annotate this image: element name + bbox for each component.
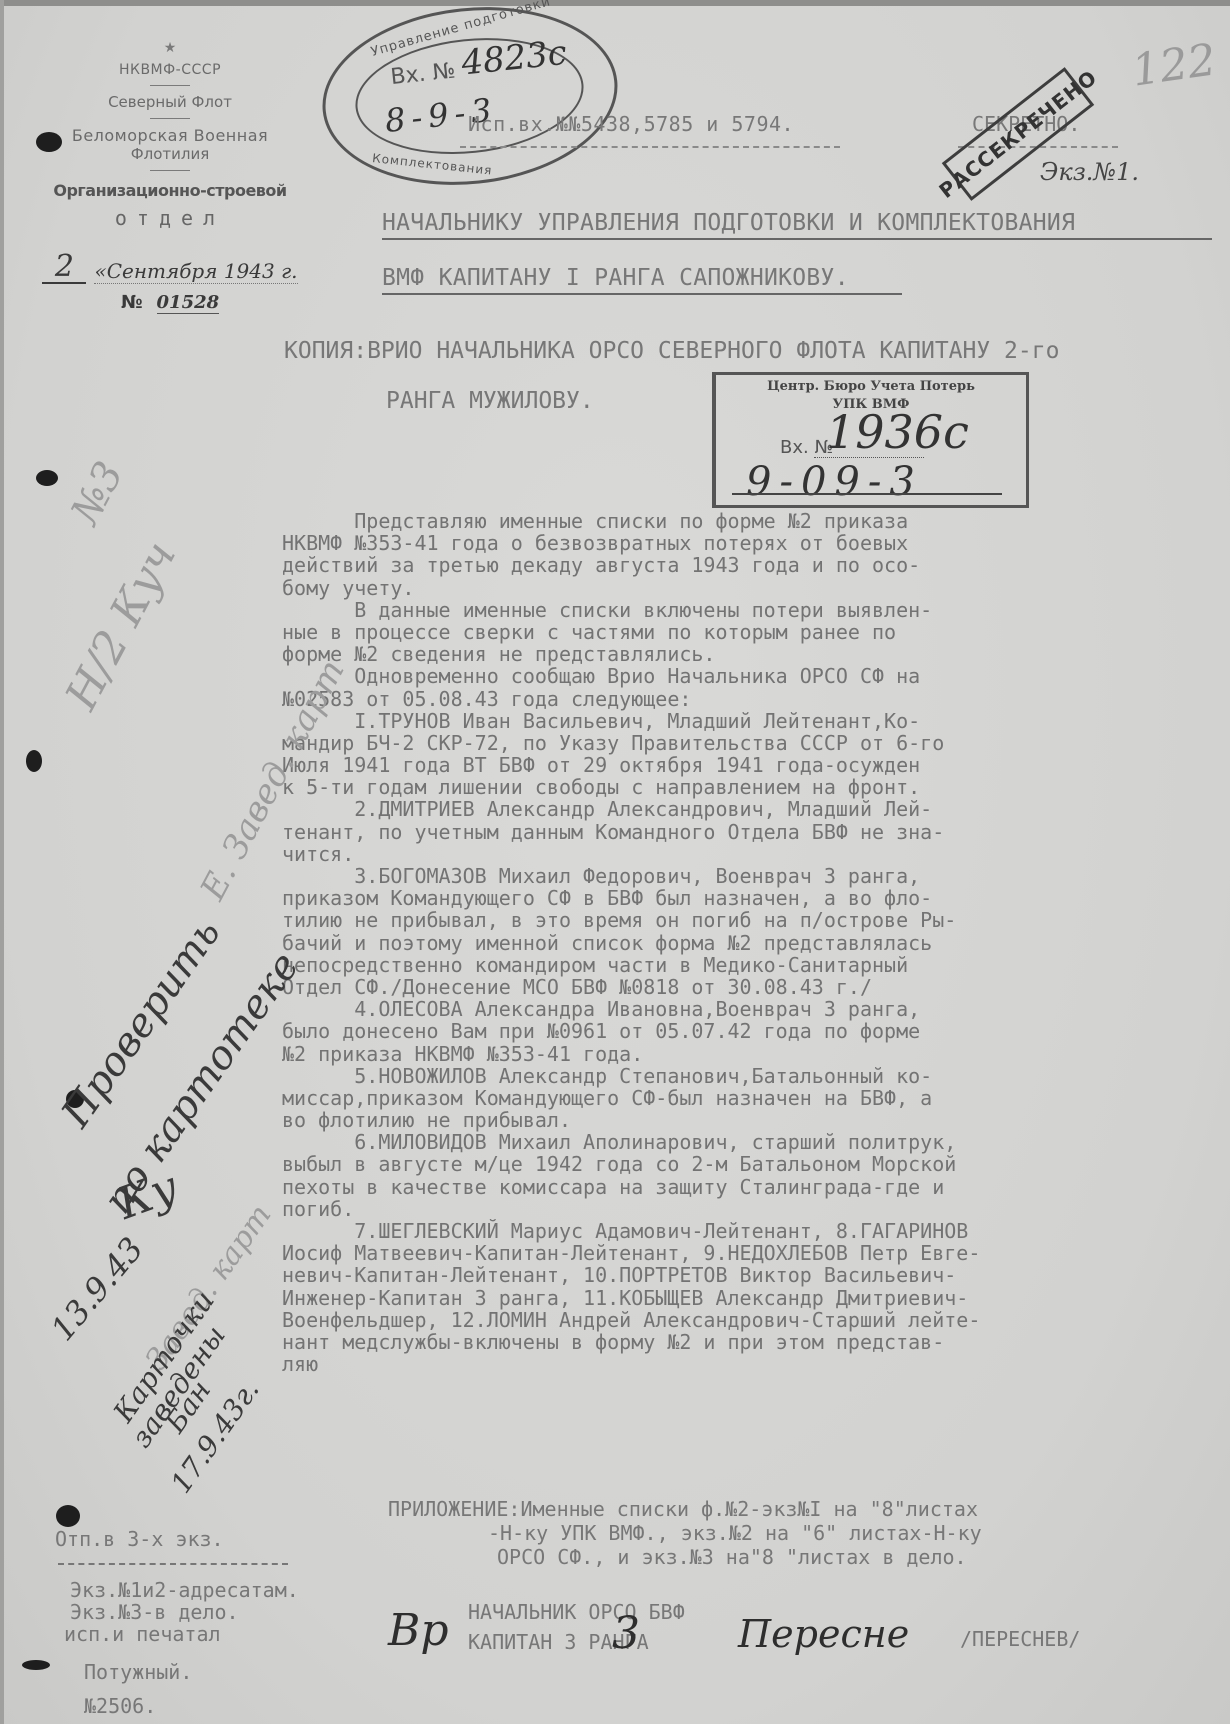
body-line: миссар,приказом Командующего СФ-был назн… [282, 1087, 1182, 1109]
body-line: 4.ОЛЕСОВА Александра Ивановна,Военврач 3… [282, 998, 1182, 1020]
addressee-line2: ВМФ КАПИТАНУ I РАНГА САПОЖНИКОВУ. [382, 265, 902, 295]
body-line: Отдел СФ./Донесение МСО БВФ №0818 от 30.… [282, 976, 1182, 998]
body-line: 3.БОГОМАЗОВ Михаил Федорович, Военврач 3… [282, 865, 1182, 887]
letterhead-dept1: Организационно-строевой [40, 181, 300, 200]
body-line: мандир БЧ-2 СКР-72, по Указу Правительст… [282, 732, 1182, 754]
footer-typist: Потужный. [84, 1660, 192, 1684]
punch-hole [22, 1660, 50, 1670]
attachment-line2: -Н-ку УПК ВМФ., экз.№2 на "6" листах-Н-к… [488, 1521, 982, 1545]
handwritten-prefix: Вр [388, 1605, 449, 1656]
body-line: Военфельдшер, 12.ЛОМИН Андрей Александро… [282, 1309, 1182, 1331]
body-line: Представляю именные списки по форме №2 п… [282, 510, 1182, 532]
letterhead-org2: Северный Флот [40, 93, 300, 111]
divider [150, 85, 190, 86]
attachment-line3: ОРСО СФ., и экз.№3 на"8 "листах в дело. [497, 1545, 967, 1569]
date-day: 2 [42, 252, 86, 284]
divider [150, 170, 190, 171]
letterhead-number: № 01528 [40, 292, 300, 314]
letterhead-org4: Флотилия [40, 145, 300, 163]
star-icon: ★ [40, 40, 300, 58]
body-line: тенант, по учетным данным Командного Отд… [282, 821, 1182, 843]
body-line: невич-Капитан-Лейтенант, 10.ПОРТРЕТОВ Ви… [282, 1264, 1182, 1286]
body-line: действий за третью декаду августа 1943 г… [282, 554, 1182, 576]
body-line: бачий и поэтому именной список форма №2 … [282, 932, 1182, 954]
body-line: I.ТРУНОВ Иван Васильевич, Младший Лейтен… [282, 710, 1182, 732]
addressee-line1: НАЧАЛЬНИКУ УПРАВЛЕНИЯ ПОДГОТОВКИ И КОМПЛ… [382, 210, 1212, 240]
stamp-title1: Центр. Бюро Учета Потерь [716, 379, 1026, 394]
stamp-date: 9-09-3 [746, 459, 923, 505]
punch-hole [26, 750, 42, 772]
reference-line: Исп.вх.№№5438,5785 и 5794. [468, 112, 794, 136]
footer-dist1: Экз.№1и2-адресатам. [70, 1578, 299, 1602]
signer-title1: НАЧАЛЬНИК ОРСО БВФ [468, 1600, 685, 1624]
body-line: приказом Командующего СФ в БВФ был назна… [282, 887, 1182, 909]
letterhead-dept2: отдел [40, 206, 300, 230]
sheet-number: 122 [1129, 34, 1219, 96]
stamp-arc-bottom: Комплектования [372, 151, 493, 178]
body-line: В данные именные списки включены потери … [282, 599, 1182, 621]
body-line: Иосиф Матвеевич-Капитан-Лейтенант, 9.НЕД… [282, 1242, 1182, 1264]
divider [150, 118, 190, 119]
body-line: ляю [282, 1353, 1182, 1375]
attachment-line1: ПРИЛОЖЕНИЕ:Именные списки ф.№2-экз№I на … [388, 1497, 978, 1521]
number-value: 01528 [157, 292, 220, 314]
document-page: ★ НКВМФ-СССР Северный Флот Беломорская В… [0, 0, 1230, 1724]
margin-note-pencil-mid: Н/2 Куч [56, 533, 187, 718]
body-line: к 5-ти годам лишении свободы с направлен… [282, 776, 1182, 798]
body-line: 2.ДМИТРИЕВ Александр Александрович, Млад… [282, 798, 1182, 820]
body-line: пехоты в качестве комиссара на защиту Ст… [282, 1176, 1182, 1198]
dashed-rule [460, 146, 840, 148]
letter-body: Представляю именные списки по форме №2 п… [282, 510, 1182, 1375]
signature-block: НАЧАЛЬНИК ОРСО БВФ КАПИТАН 3 РАНГА [468, 1597, 685, 1657]
footer-printed: Отп.в 3-х экз. [55, 1527, 224, 1551]
body-line: Одновременно сообщаю Врио Начальника ОРС… [282, 665, 1182, 687]
margin-note-date: 13.9.43 [43, 1230, 151, 1348]
handwritten-signature: Пересне [738, 1612, 909, 1656]
letterhead-org1: НКВМФ-СССР [40, 62, 300, 78]
body-line: выбыл в августе м/це 1942 года со 2-м Ба… [282, 1153, 1182, 1175]
copy-number: Экз.№1. [1040, 158, 1139, 186]
incoming-stamp-rect: Центр. Бюро Учета Потерь УПК ВМФ Вх. № 1… [712, 372, 1029, 508]
footer-reg: №2506. [84, 1694, 156, 1718]
body-line: 6.МИЛОВИДОВ Михаил Аполинарович, старший… [282, 1131, 1182, 1153]
body-line: было донесено Вам при №0961 от 05.07.42 … [282, 1020, 1182, 1042]
letterhead-date: 2 «Сентября 1943 г. [40, 252, 300, 284]
page-left-edge [0, 0, 4, 1724]
body-line: непосредственно командиром части в Медик… [282, 954, 1182, 976]
body-line: Инженер-Капитан 3 ранга, 11.КОБЫЩЕВ Алек… [282, 1287, 1182, 1309]
body-line: НКВМФ №353-41 года о безвозвратных потер… [282, 532, 1182, 554]
body-line: погиб. [282, 1198, 1182, 1220]
date-month-year: «Сентября 1943 г. [94, 259, 297, 284]
incoming-stamp-oval: Управление подготовки Комплектования Вх.… [314, 0, 627, 199]
dashed-rule [58, 1563, 288, 1565]
signer-name: /ПЕРЕСНЕВ/ [960, 1627, 1080, 1651]
copy-line1: КОПИЯ:ВРИО НАЧАЛЬНИКА ОРСО СЕВЕРНОГО ФЛО… [284, 338, 1059, 364]
punch-hole [56, 1505, 80, 1527]
body-line: тилию не прибывал, в это время он погиб … [282, 909, 1182, 931]
body-line: форме №2 сведения не представлялись. [282, 643, 1182, 665]
stamp-number: 1936с [826, 405, 969, 459]
page-top-edge [0, 0, 1230, 6]
footer-exec: исп.и печатал [64, 1622, 221, 1646]
body-line: №02583 от 05.08.43 года следующее: [282, 688, 1182, 710]
copy-line2: РАНГА МУЖИЛОВУ. [386, 388, 594, 414]
body-line: 7.ШЕГЛЕВСКИЙ Мариус Адамович-Лейтенант, … [282, 1220, 1182, 1242]
stamp-date-line [732, 493, 1002, 495]
body-line: Июля 1941 года ВТ БВФ от 29 октября 1941… [282, 754, 1182, 776]
letterhead-org3: Беломорская Военная [40, 126, 300, 145]
margin-note-pencil-top: №3 [62, 454, 132, 531]
body-line: №2 приказа НКВМФ №353-41 года. [282, 1043, 1182, 1065]
body-line: нант медслужбы-включены в форму №2 и при… [282, 1331, 1182, 1353]
body-line: бому учету. [282, 577, 1182, 599]
body-line: чится. [282, 843, 1182, 865]
body-line: 5.НОВОЖИЛОВ Александр Степанович,Батальо… [282, 1065, 1182, 1087]
number-label: № [121, 292, 143, 314]
footer-dist2: Экз.№3-в дело. [70, 1600, 239, 1624]
letterhead: ★ НКВМФ-СССР Северный Флот Беломорская В… [40, 40, 300, 314]
body-line: во флотилию не прибывал. [282, 1109, 1182, 1131]
handwritten-rank: 3 [612, 1608, 640, 1659]
punch-hole [36, 470, 58, 486]
body-line: ные в процессе сверки с частями по котор… [282, 621, 1182, 643]
